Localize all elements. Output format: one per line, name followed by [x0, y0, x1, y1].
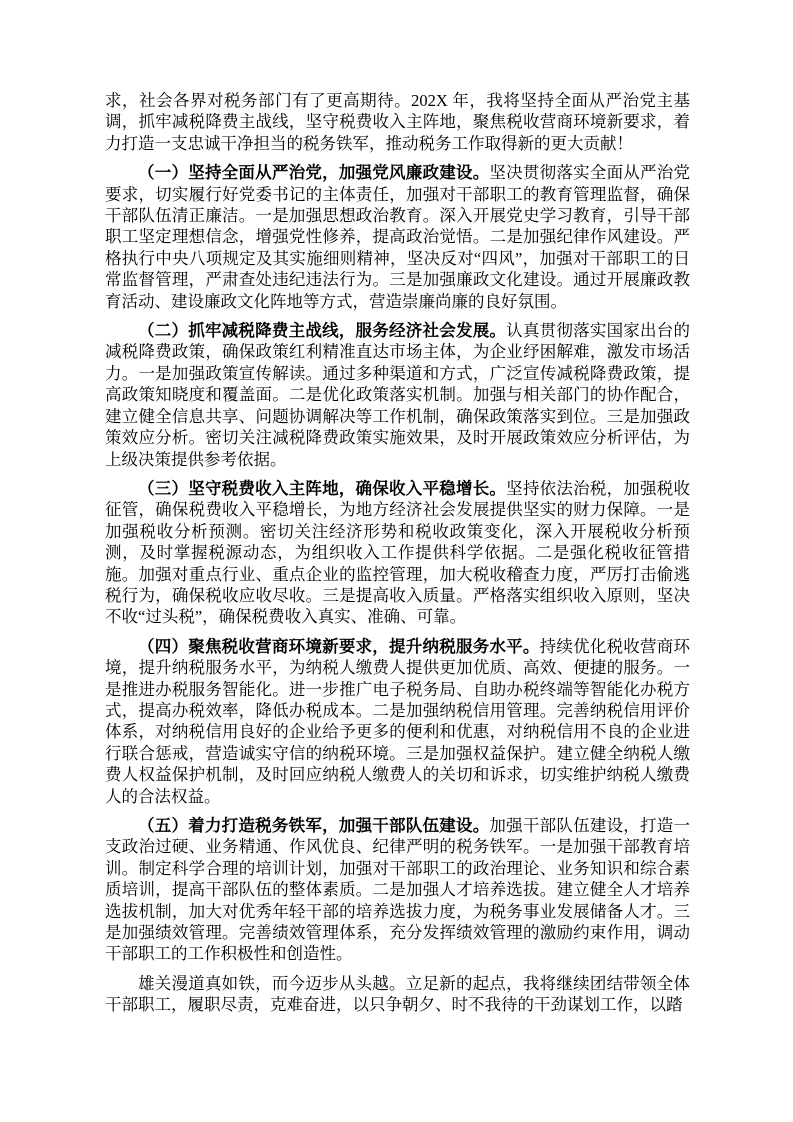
paragraph-heading-run: （二）抓牢减税降费主战线，服务经济社会发展。: [138, 321, 506, 340]
continuation-paragraph: 求，社会各界对税务部门有了更高期待。202X 年，我将坚持全面从严治党主基调，抓…: [105, 90, 690, 154]
paragraph-text-run: 坚持依法治税，加强税收征管，确保税费收入平稳增长，为地方经济社会发展提供坚实的财…: [105, 479, 690, 626]
document-page: 求，社会各界对税务部门有了更高期待。202X 年，我将坚持全面从严治党主基调，抓…: [0, 0, 793, 1122]
section-5-paragraph: （五）着力打造税务铁军，加强干部队伍建设。加强干部队伍建设，打造一支政治过硬、业…: [105, 815, 690, 965]
paragraph-text-run: 坚决贯彻落实全面从严治党要求，切实履行好党委书记的主体责任，加强对干部职工的教育…: [105, 163, 690, 310]
paragraph-heading-run: （五）着力打造税务铁军，加强干部队伍建设。: [138, 816, 489, 835]
paragraph-text-run: 求，社会各界对税务部门有了更高期待。202X 年，我将坚持全面从严治党主基调，抓…: [105, 91, 690, 153]
paragraph-text-run: 持续优化税收营商环境，提升纳税服务水平，为纳税人缴费人提供更加优质、高效、便捷的…: [105, 637, 690, 806]
section-1-paragraph: （一）坚持全面从严治党，加强党风廉政建设。坚决贯彻落实全面从严治党要求，切实履行…: [105, 162, 690, 312]
paragraph-heading-run: （四）聚焦税收营商环境新要求，提升纳税服务水平。: [138, 637, 540, 656]
document-content: 求，社会各界对税务部门有了更高期待。202X 年，我将坚持全面从严治党主基调，抓…: [105, 90, 690, 1016]
paragraph-text-run: 认真贯彻落实国家出台的减税降费政策，确保政策红利精准直达市场主体，为企业纾困解难…: [105, 321, 690, 468]
paragraph-heading-run: （三）坚守税费收入主阵地，确保收入平稳增长。: [138, 479, 506, 498]
section-3-paragraph: （三）坚守税费收入主阵地，确保收入平稳增长。坚持依法治税，加强税收征管，确保税费…: [105, 478, 690, 628]
paragraph-heading-run: （一）坚持全面从严治党，加强党风廉政建设。: [138, 163, 489, 182]
paragraph-text-run: 雄关漫道真如铁，而今迈步从头越。立足新的起点，我将继续团结带领全体干部职工，履职…: [105, 974, 690, 1014]
closing-paragraph: 雄关漫道真如铁，而今迈步从头越。立足新的起点，我将继续团结带领全体干部职工，履职…: [105, 973, 690, 1016]
section-2-paragraph: （二）抓牢减税降费主战线，服务经济社会发展。认真贯彻落实国家出台的减税降费政策，…: [105, 320, 690, 470]
paragraph-text-run: 加强干部队伍建设，打造一支政治过硬、业务精通、作风优良、纪律严明的税务铁军。一是…: [105, 816, 690, 963]
section-4-paragraph: （四）聚焦税收营商环境新要求，提升纳税服务水平。持续优化税收营商环境，提升纳税服…: [105, 636, 690, 807]
